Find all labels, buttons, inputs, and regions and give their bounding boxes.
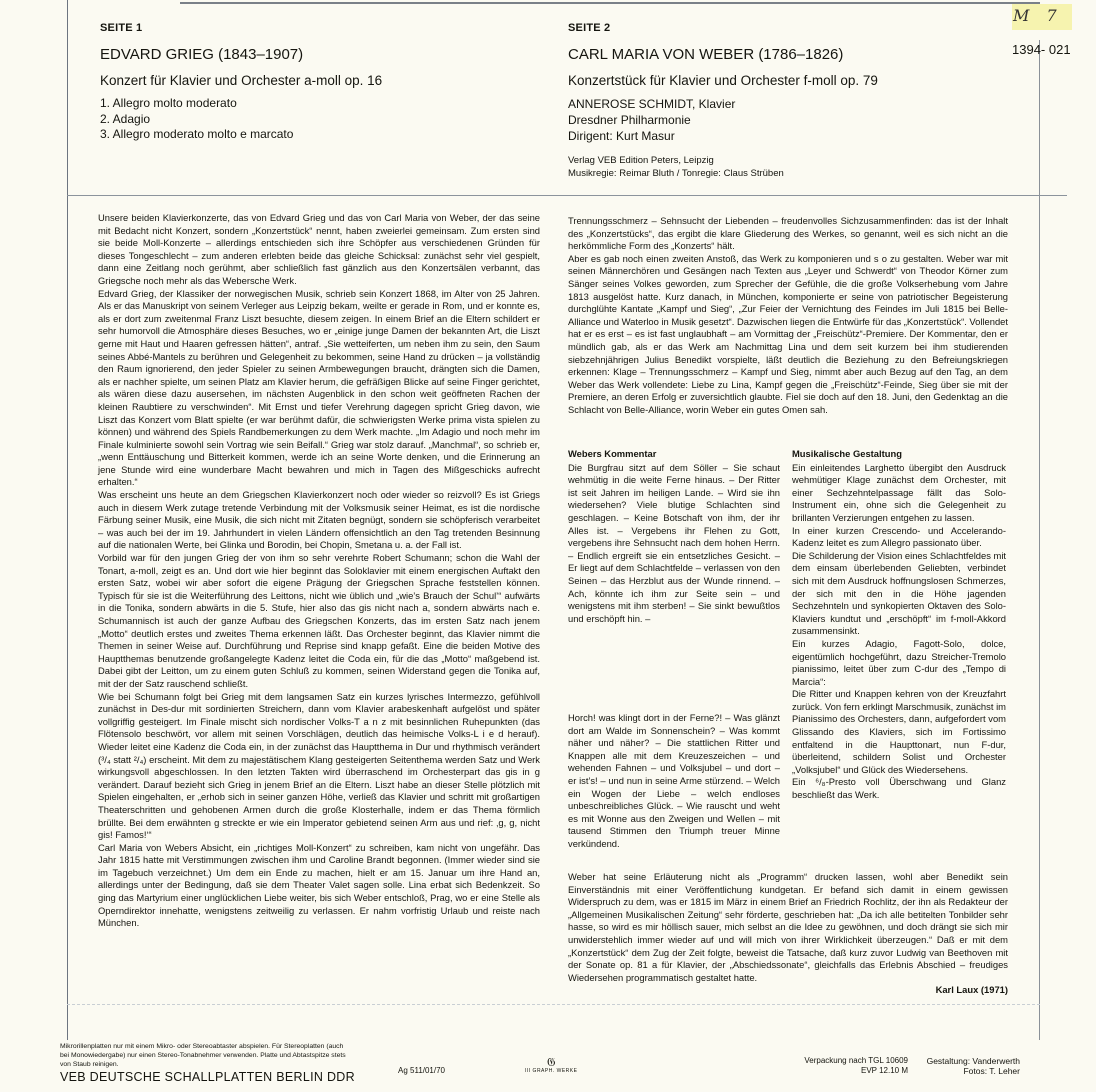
paragraph: Weber hat seine Erläuterung nicht als „P… bbox=[568, 871, 1008, 984]
paragraph: Horch! was klingt dort in der Ferne?! – … bbox=[568, 712, 780, 851]
webers-kommentar-section: Webers Kommentar Die Burgfrau sitzt auf … bbox=[568, 448, 780, 625]
paragraph: Aber es gab noch einen zweiten Anstoß, d… bbox=[568, 253, 1008, 417]
paragraph: Die Schilderung der Vision eines Schlach… bbox=[792, 550, 1006, 638]
publisher-line: Verlag VEB Edition Peters, Leipzig bbox=[568, 154, 1008, 167]
liner-notes-right-column: Trennungsschmerz – Sehnsucht der Liebend… bbox=[568, 215, 1008, 417]
side-2-header: SEITE 2 CARL MARIA VON WEBER (1786–1826)… bbox=[568, 22, 1008, 180]
paragraph: Wie bei Schumann folgt bei Grieg mit dem… bbox=[98, 691, 540, 842]
section-title: Musikalische Gestaltung bbox=[792, 448, 1006, 461]
side-2-label: SEITE 2 bbox=[568, 22, 1008, 34]
paragraph: Edvard Grieg, der Klassiker der norwegis… bbox=[98, 288, 540, 490]
playback-instructions: Mikrorillenplatten nur mit einem Mikro- … bbox=[60, 1042, 350, 1069]
side-1-label: SEITE 1 bbox=[100, 22, 540, 34]
handwritten-note: M 7 bbox=[1013, 6, 1063, 25]
paragraph: In einer kurzen Crescendo- und Acceleran… bbox=[792, 525, 1006, 550]
paragraph: Die Burgfrau sitzt auf dem Söller – Sie … bbox=[568, 462, 780, 626]
frame-top-border bbox=[180, 2, 1040, 4]
paragraph: Ein einleitendes Larghetto übergibt den … bbox=[792, 462, 1006, 525]
side-1-header: SEITE 1 EDVARD GRIEG (1843–1907) Konzert… bbox=[100, 22, 540, 143]
musikalische-gestaltung-section: Musikalische Gestaltung Ein einleitendes… bbox=[792, 448, 1006, 802]
printer-logo-icon: 𝔊 III GRAPH. WERKE bbox=[525, 1058, 577, 1076]
paragraph: Ein ⁶/₈-Presto voll Überschwang und Glan… bbox=[792, 776, 1006, 801]
frame-right-border bbox=[1039, 40, 1040, 1040]
catalog-number: 1394- 021 bbox=[1012, 42, 1071, 57]
side-2-work-title: Konzertstück für Klavier und Orchester f… bbox=[568, 73, 1008, 88]
side-1-work-title: Konzert für Klavier und Orchester a-moll… bbox=[100, 73, 540, 88]
movement-item: 2. Adagio bbox=[100, 112, 540, 128]
design-credit: Gestaltung: Vanderwerth bbox=[880, 1056, 1020, 1066]
closing-section: Weber hat seine Erläuterung nicht als „P… bbox=[568, 871, 1008, 997]
credit-orchestra: Dresdner Philharmonie bbox=[568, 112, 1008, 128]
record-label-name: VEB DEUTSCHE SCHALLPLATTEN BERLIN DDR bbox=[60, 1070, 355, 1084]
ag-number: Ag 511/01/70 bbox=[398, 1066, 445, 1075]
paragraph: Trennungsschmerz – Sehnsucht der Liebend… bbox=[568, 215, 1008, 253]
logo-caption: III GRAPH. WERKE bbox=[525, 1067, 577, 1076]
credit-soloist: ANNEROSE SCHMIDT, Klavier bbox=[568, 96, 1008, 112]
side-1-movements: 1. Allegro molto moderato 2. Adagio 3. A… bbox=[100, 96, 540, 143]
paragraph: Carl Maria von Webers Absicht, ein „rich… bbox=[98, 842, 540, 930]
author-signature: Karl Laux (1971) bbox=[936, 984, 1008, 997]
side-2-publisher: Verlag VEB Edition Peters, Leipzig Musik… bbox=[568, 154, 1008, 180]
photo-credit: Fotos: T. Leher bbox=[880, 1066, 1020, 1076]
liner-notes-left-column: Unsere beiden Klavierkonzerte, das von E… bbox=[98, 212, 540, 930]
design-credits: Gestaltung: Vanderwerth Fotos: T. Leher bbox=[880, 1056, 1020, 1076]
webers-kommentar-continued: Horch! was klingt dort in der Ferne?! – … bbox=[568, 712, 780, 851]
movement-item: 1. Allegro molto moderato bbox=[100, 96, 540, 112]
frame-left-border bbox=[67, 0, 68, 1040]
paragraph: Die Ritter und Knappen kehren von der Kr… bbox=[792, 688, 1006, 776]
side-2-composer: CARL MARIA VON WEBER (1786–1826) bbox=[568, 46, 1008, 63]
credit-conductor: Dirigent: Kurt Masur bbox=[568, 128, 1008, 144]
side-2-credits: ANNEROSE SCHMIDT, Klavier Dresdner Philh… bbox=[568, 96, 1008, 144]
section-title: Webers Kommentar bbox=[568, 448, 780, 461]
production-credits: Musikregie: Reimar Bluth / Tonregie: Cla… bbox=[568, 167, 1008, 180]
paragraph: Was erscheint uns heute an dem Griegsche… bbox=[98, 489, 540, 552]
paragraph: Unsere beiden Klavierkonzerte, das von E… bbox=[98, 212, 540, 288]
header-divider bbox=[67, 195, 1067, 196]
bottom-divider bbox=[67, 1004, 1040, 1006]
paragraph: Vorbild war für den jungen Grieg der von… bbox=[98, 552, 540, 691]
side-1-composer: EDVARD GRIEG (1843–1907) bbox=[100, 46, 540, 63]
movement-item: 3. Allegro moderato molto e marcato bbox=[100, 127, 540, 143]
paragraph: Ein kurzes Adagio, Fagott-Solo, dolce, e… bbox=[792, 638, 1006, 688]
